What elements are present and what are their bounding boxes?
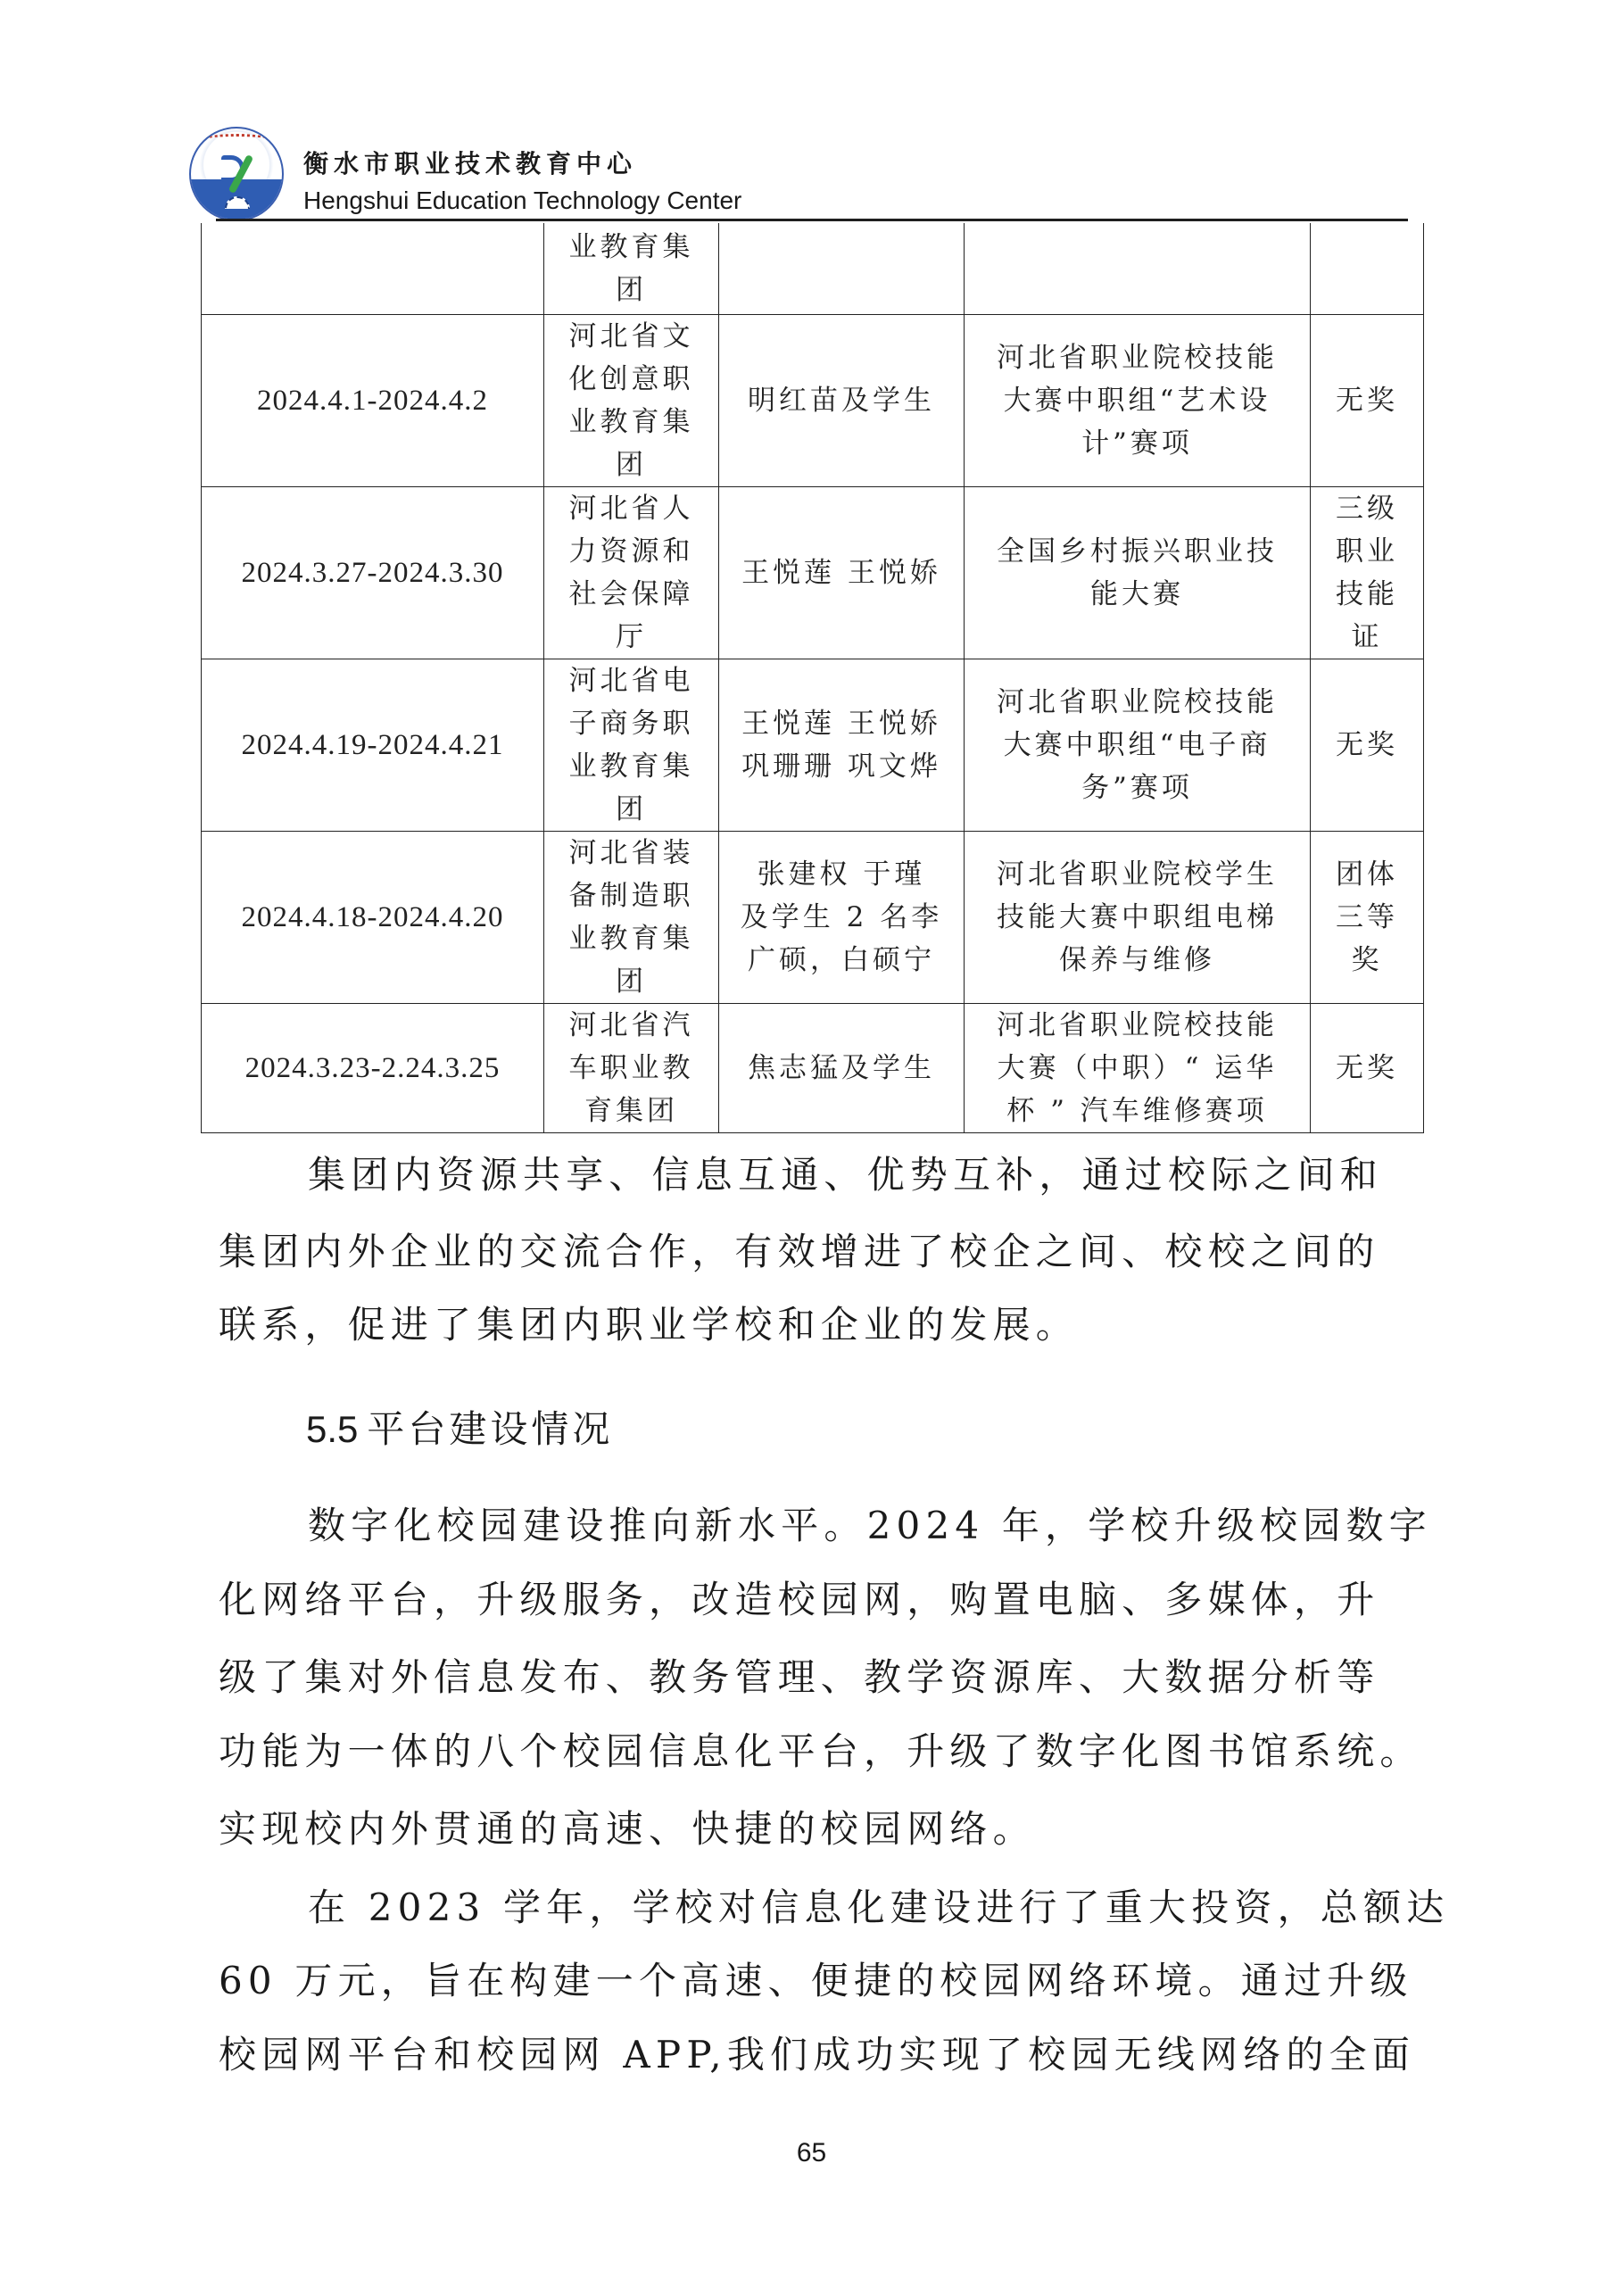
cell-text-line: 焦志猛及学生 <box>719 1047 964 1090</box>
cell-text-line: 奖 <box>1311 939 1423 982</box>
cell-competition: 全国乡村振兴职业技能大赛 <box>965 486 1311 659</box>
cell-text-line: 业教育集 <box>544 226 718 269</box>
cell-text-line: 团 <box>544 269 718 311</box>
cell-text-line: 河北省人 <box>544 487 718 530</box>
cell-text-line: 团体 <box>1311 853 1423 896</box>
cell-text-line: 业教育集 <box>544 401 718 443</box>
cell-date: 2024.4.18-2024.4.20 <box>202 831 544 1003</box>
text-line: 功能为一体的八个校园信息化平台，升级了数字化图书馆系统。 <box>219 1725 1423 1778</box>
text-line: 实现校内外贯通的高速、快捷的校园网络。 <box>219 1803 1423 1856</box>
competition-table: 业教育集团2024.4.1-2024.4.2河北省文化创意职业教育集团明红苗及学… <box>201 223 1424 1133</box>
cell-text-line: 技能 <box>1311 573 1423 616</box>
cell-text-line: 王悦莲 王悦娇 <box>719 702 964 745</box>
text-line: 集团内外企业的交流合作，有效增进了校企之间、校校之间的 <box>219 1225 1423 1279</box>
cell-text-line: 技能大赛中职组电梯 <box>965 896 1310 939</box>
cell-award: 无奖 <box>1311 659 1424 831</box>
cell-text-line: 能大赛 <box>965 573 1310 616</box>
cell-competition: 河北省职业院校技能大赛中职组“艺术设计”赛项 <box>965 314 1311 486</box>
cell-text-line: 河北省文 <box>544 315 718 358</box>
cell-competition: 河北省职业院校学生技能大赛中职组电梯保养与维修 <box>965 831 1311 1003</box>
cell-text-line: 务”赛项 <box>965 767 1310 809</box>
cell-organizer: 河北省人力资源和社会保障厅 <box>544 486 719 659</box>
table-row: 2024.4.19-2024.4.21河北省电子商务职业教育集团王悦莲 王悦娇巩… <box>202 659 1424 831</box>
cell-text-line: 化创意职 <box>544 358 718 401</box>
cell-text-line: 大赛（中职）“ 运华 <box>965 1047 1310 1090</box>
cell-text-line: 王悦莲 王悦娇 <box>719 551 964 594</box>
cell-text-line: 计”赛项 <box>965 422 1310 465</box>
cell-award: 无奖 <box>1311 1003 1424 1132</box>
cell-text-line: 及学生 2 名李 <box>719 896 964 939</box>
cell-text-line: 团 <box>544 788 718 831</box>
cell-text-line: 大赛中职组“电子商 <box>965 724 1310 767</box>
cell-award: 团体三等奖 <box>1311 831 1424 1003</box>
cell-text-line: 车职业教 <box>544 1047 718 1090</box>
cell-participants: 王悦莲 王悦娇巩珊珊 巩文烨 <box>719 659 965 831</box>
text-line: 集团内资源共享、信息互通、优势互补，通过校际之间和 <box>308 1148 1423 1202</box>
cell-text-line: 杯 ” 汽车维修赛项 <box>965 1090 1310 1132</box>
cell-text-line: 厅 <box>544 616 718 659</box>
table-row: 2024.3.23-2.24.3.25河北省汽车职业教育集团焦志猛及学生河北省职… <box>202 1003 1424 1132</box>
header-divider <box>216 219 1408 221</box>
cell-text-line: 业教育集 <box>544 745 718 788</box>
logo-emblem <box>189 127 284 221</box>
cell-text-line: 社会保障 <box>544 573 718 616</box>
cell-participants: 明红苗及学生 <box>719 314 965 486</box>
cell-text-line: 三等 <box>1311 896 1423 939</box>
cell-text-line: 业教育集 <box>544 917 718 960</box>
cell-text-line: 河北省职业院校技能 <box>965 336 1310 379</box>
cell-text-line: 无奖 <box>1311 724 1423 767</box>
cell-participants: 王悦莲 王悦娇 <box>719 486 965 659</box>
cell-text-line: 团 <box>544 443 718 486</box>
text-line: 60 万元，旨在构建一个高速、便捷的校园网络环境。通过升级 <box>219 1954 1423 2008</box>
table-row: 2024.4.18-2024.4.20河北省装备制造职业教育集团张建权 于瑾及学… <box>202 831 1424 1003</box>
header-title-en: Hengshui Education Technology Center <box>303 184 741 218</box>
cell-text-line: 河北省电 <box>544 659 718 702</box>
cell-text-line: 河北省职业院校学生 <box>965 853 1310 896</box>
section-number: 5.5 <box>306 1408 358 1450</box>
cell-text-line: 河北省职业院校技能 <box>965 681 1310 724</box>
cell-text-line: 全国乡村振兴职业技 <box>965 530 1310 573</box>
cell-text-line: 河北省汽 <box>544 1004 718 1047</box>
cell-participants: 张建权 于瑾及学生 2 名李广硕，白硕宁 <box>719 831 965 1003</box>
cell-text-line: 广硕，白硕宁 <box>719 939 964 982</box>
cell-award: 无奖 <box>1311 314 1424 486</box>
table-row: 2024.4.1-2024.4.2河北省文化创意职业教育集团明红苗及学生河北省职… <box>202 314 1424 486</box>
text-line: 级了集对外信息发布、教务管理、教学资源库、大数据分析等 <box>219 1651 1423 1704</box>
cell-text-line: 团 <box>544 960 718 1003</box>
cell-award: 三级职业技能证 <box>1311 486 1424 659</box>
text-line: 化网络平台，升级服务，改造校园网，购置电脑、多媒体，升 <box>219 1573 1423 1627</box>
cell-organizer: 河北省装备制造职业教育集团 <box>544 831 719 1003</box>
cell-date: 2024.4.1-2024.4.2 <box>202 314 544 486</box>
cell-text-line: 河北省职业院校技能 <box>965 1004 1310 1047</box>
cell-competition: 河北省职业院校技能大赛（中职）“ 运华杯 ” 汽车维修赛项 <box>965 1003 1311 1132</box>
text-line: 数字化校园建设推向新水平。2024 年，学校升级校园数字 <box>308 1499 1423 1553</box>
text-line: 校园网平台和校园网 APP,我们成功实现了校园无线网络的全面 <box>219 2028 1423 2082</box>
cell-award <box>1311 223 1424 314</box>
cell-date <box>202 223 544 314</box>
section-title: 平台建设情况 <box>367 1407 613 1451</box>
header-title-cn: 衡水市职业技术教育中心 <box>303 146 637 182</box>
cell-text-line: 力资源和 <box>544 530 718 573</box>
cell-text-line: 无奖 <box>1311 379 1423 422</box>
section-heading: 5.5平台建设情况 <box>306 1403 613 1456</box>
cell-text-line: 明红苗及学生 <box>719 379 964 422</box>
logo-ring-text-icon <box>198 134 275 149</box>
cell-text-line: 三级 <box>1311 487 1423 530</box>
cell-text-line: 大赛中职组“艺术设 <box>965 379 1310 422</box>
cell-organizer: 河北省汽车职业教育集团 <box>544 1003 719 1132</box>
cell-participants: 焦志猛及学生 <box>719 1003 965 1132</box>
cell-organizer: 业教育集团 <box>544 223 719 314</box>
cell-organizer: 河北省文化创意职业教育集团 <box>544 314 719 486</box>
cell-text-line: 张建权 于瑾 <box>719 853 964 896</box>
cell-date: 2024.3.23-2.24.3.25 <box>202 1003 544 1132</box>
cell-text-line: 保养与维修 <box>965 939 1310 982</box>
cell-organizer: 河北省电子商务职业教育集团 <box>544 659 719 831</box>
cell-text-line: 证 <box>1311 616 1423 659</box>
page-number: 65 <box>0 2137 1623 2169</box>
cell-text-line: 备制造职 <box>544 874 718 917</box>
table-row: 2024.3.27-2024.3.30河北省人力资源和社会保障厅王悦莲 王悦娇全… <box>202 486 1424 659</box>
cell-text-line: 子商务职 <box>544 702 718 745</box>
cell-date: 2024.3.27-2024.3.30 <box>202 486 544 659</box>
cell-text-line: 无奖 <box>1311 1047 1423 1090</box>
cell-competition: 河北省职业院校技能大赛中职组“电子商务”赛项 <box>965 659 1311 831</box>
text-line: 在 2023 学年，学校对信息化建设进行了重大投资，总额达 <box>308 1881 1423 1935</box>
cell-text-line: 育集团 <box>544 1090 718 1132</box>
cell-date: 2024.4.19-2024.4.21 <box>202 659 544 831</box>
cell-text-line: 职业 <box>1311 530 1423 573</box>
cell-text-line: 巩珊珊 巩文烨 <box>719 745 964 788</box>
cell-participants <box>719 223 965 314</box>
cell-text-line: 河北省装 <box>544 832 718 874</box>
text-line: 联系，促进了集团内职业学校和企业的发展。 <box>219 1298 1423 1352</box>
cell-competition <box>965 223 1311 314</box>
table-row: 业教育集团 <box>202 223 1424 314</box>
